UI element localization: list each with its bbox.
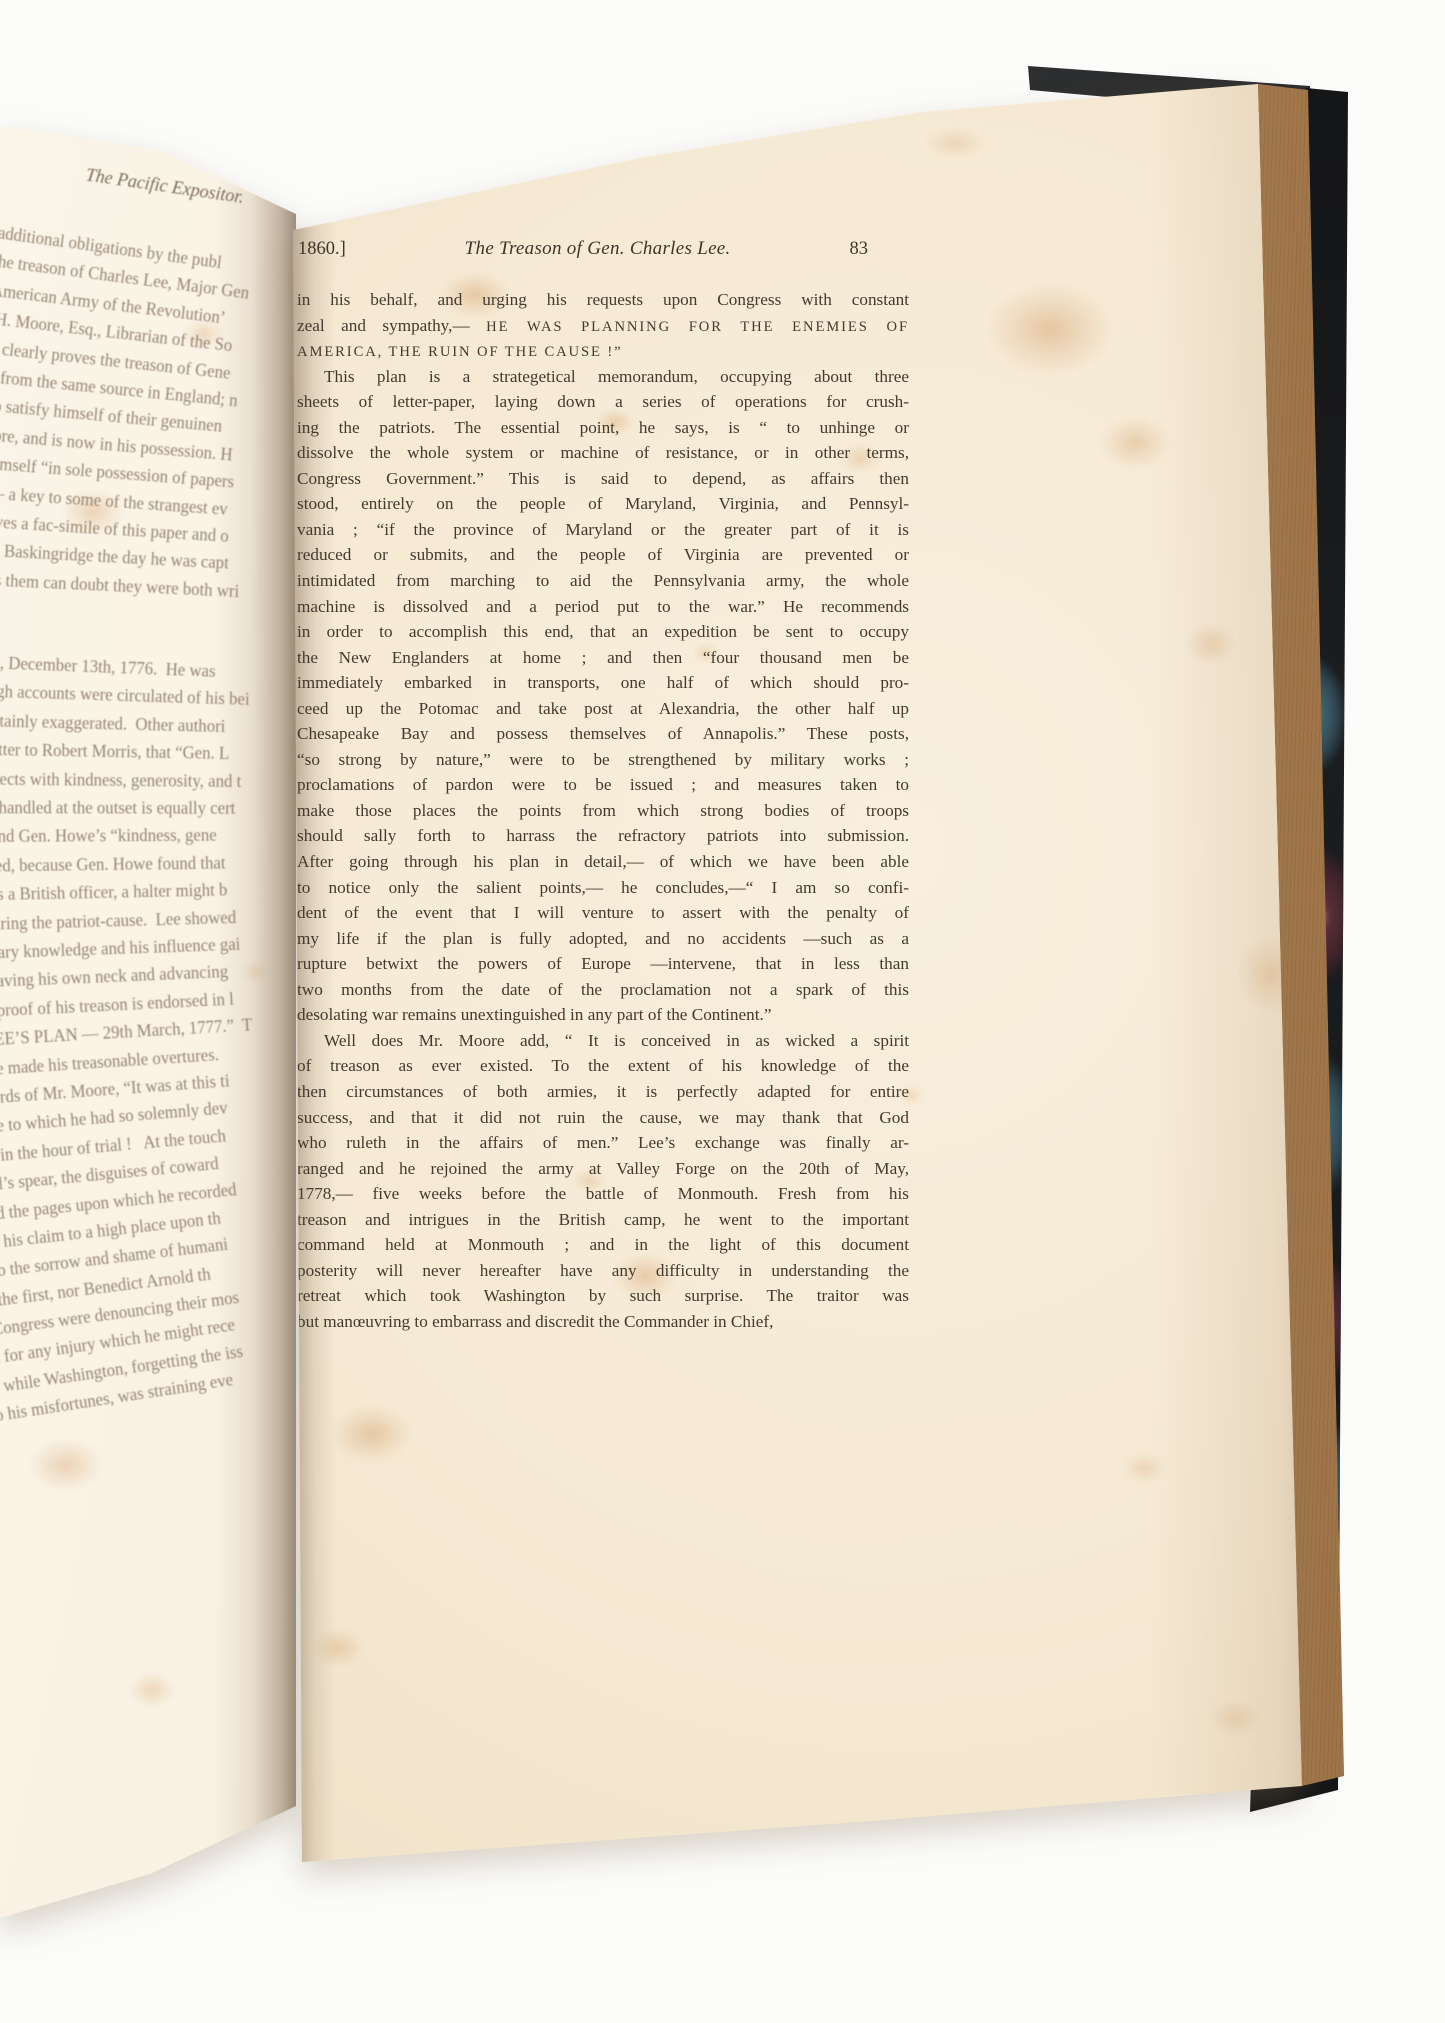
header-title: The Treason of Gen. Charles Lee.	[346, 238, 850, 260]
right-body-line: rupture betwixt the powers of Europe —in…	[297, 951, 909, 977]
right-body-line: reduced or submits, and the people of Vi…	[297, 542, 909, 568]
right-body-line: in order to accomplish this end, that an…	[297, 619, 909, 645]
right-body-line: two months from the date of the proclama…	[297, 977, 909, 1003]
right-body-line: retreat which took Washington by such su…	[297, 1283, 909, 1309]
smallcaps-text: HE WAS PLANNING FOR THE ENEMIES OF	[486, 319, 909, 335]
body-text-segment: zeal and sympathy,—	[297, 316, 486, 335]
right-body-line: then circumstances of both armies, it is…	[297, 1079, 909, 1105]
right-body-line: make those places the points from which …	[297, 798, 909, 824]
right-body-line: machine is dissolved and a period put to…	[297, 594, 909, 620]
right-body-line: Well does Mr. Moore add, “ It is conceiv…	[297, 1028, 909, 1054]
foxing-stain	[985, 282, 1115, 377]
foxing-stain	[312, 1628, 364, 1668]
foxing-stain	[925, 128, 985, 158]
right-body-line: posterity will never hereafter have any …	[297, 1258, 909, 1284]
page-header: 1860.] The Treason of Gen. Charles Lee. …	[298, 238, 890, 260]
page-edge-shading	[1150, 84, 1310, 1794]
right-body-line: immediately embarked in transports, one …	[297, 670, 909, 696]
right-body-line: This plan is a strategetical memorandum,…	[297, 364, 909, 390]
header-year: 1860.]	[298, 239, 346, 260]
right-body-line: dissolve the whole system or machine of …	[297, 440, 909, 466]
body-text: in his behalf, and urging his requests u…	[297, 287, 909, 1334]
right-body-line: in his behalf, and urging his requests u…	[297, 287, 909, 313]
right-body-line: ranged and he rejoined the army at Valle…	[297, 1156, 909, 1182]
foxing-stain	[1238, 935, 1302, 1013]
right-body-line: of treason as ever existed. To the exten…	[297, 1053, 909, 1079]
right-body-line: proclamations of pardon were to be issue…	[297, 772, 909, 798]
right-body-line: zeal and sympathy,— HE WAS PLANNING FOR …	[297, 313, 909, 339]
foxing-stain	[1185, 622, 1237, 666]
right-body-line: but manœuvring to embarrass and discredi…	[297, 1309, 909, 1335]
right-body-line: treason and intrigues in the British cam…	[297, 1207, 909, 1233]
right-body-line: intimidated from marching to aid the Pen…	[297, 568, 909, 594]
foxing-stain	[1122, 1452, 1166, 1484]
right-body-line: “so strong by nature,” were to be streng…	[297, 747, 909, 773]
smallcaps-text: AMERICA, THE RUIN OF THE CAUSE !”	[297, 344, 623, 360]
right-body-line: my life if the plan is fully adopted, an…	[297, 926, 909, 952]
right-body-line: to notice only the salient points,— he c…	[297, 875, 909, 901]
foxing-stain	[332, 1405, 412, 1463]
right-body-line: stood, entirely on the people of Marylan…	[297, 491, 909, 517]
right-body-line: desolating war remains unextinguished in…	[297, 1002, 909, 1028]
right-body-line: After going through his plan in detail,—…	[297, 849, 909, 875]
right-body-line: sheets of letter-paper, laying down a se…	[297, 389, 909, 415]
right-body-line: Chesapeake Bay and possess themselves of…	[297, 721, 909, 747]
right-body-line: vania ; “if the province of Maryland or …	[297, 517, 909, 543]
right-page: 1860.] The Treason of Gen. Charles Lee. …	[0, 0, 1445, 2023]
foxing-stain	[1100, 415, 1170, 470]
right-body-line: the New Englanders at home ; and then “f…	[297, 645, 909, 671]
foxing-stain	[1210, 1700, 1260, 1736]
book-photograph: The Pacific Expositor. ry under addition…	[0, 0, 1445, 2023]
header-page-number: 83	[850, 239, 891, 260]
right-body-line: who ruleth in the affairs of men.” Lee’s…	[297, 1130, 909, 1156]
right-body-line: success, and that it did not ruin the ca…	[297, 1105, 909, 1131]
right-body-line: dent of the event that I will venture to…	[297, 900, 909, 926]
right-body-line: 1778,— five weeks before the battle of M…	[297, 1181, 909, 1207]
right-page-wrapper: 1860.] The Treason of Gen. Charles Lee. …	[0, 0, 1445, 2023]
right-body-line: ceed up the Potomac and take post at Ale…	[297, 696, 909, 722]
right-body-line: should sally forth to harrass the refrac…	[297, 823, 909, 849]
right-body-line: command held at Monmouth ; and in the li…	[297, 1232, 909, 1258]
right-body-line: AMERICA, THE RUIN OF THE CAUSE !”	[297, 338, 909, 364]
right-body-line: ing the patriots. The essential point, h…	[297, 415, 909, 441]
right-body-line: Congress Government.” This is said to de…	[297, 466, 909, 492]
